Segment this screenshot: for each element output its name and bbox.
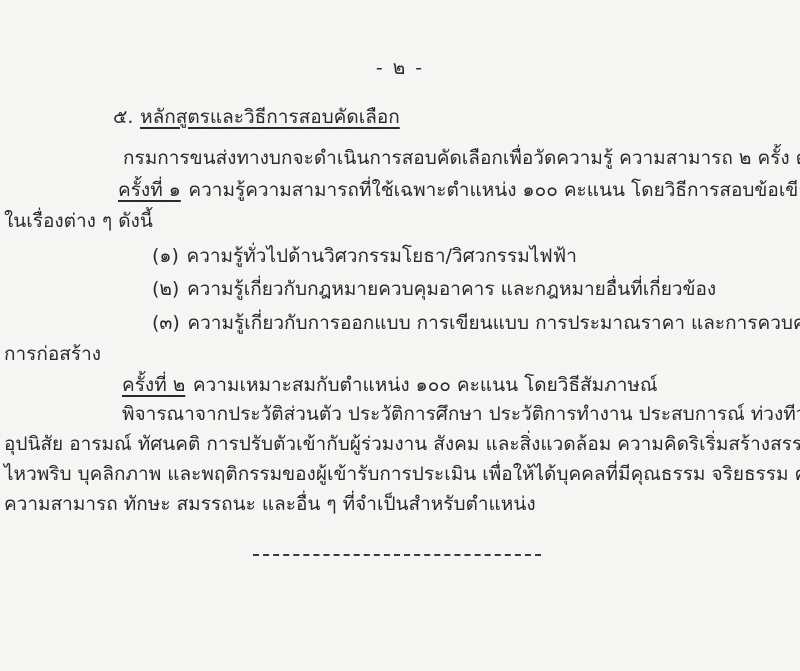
list-item: (๓)ความรู้เกี่ยวกับการออกแบบ การเขียนแบบ… <box>152 310 800 336</box>
interview-paragraph-line: ไหวพริบ บุคลิกภาพ และพฤติกรรมของผู้เข้าร… <box>4 461 800 487</box>
round1-continuation-line: ในเรื่องต่าง ๆ ดังนี้ <box>4 208 153 234</box>
round2-text: ความเหมาะสมกับตำแหน่ง ๑๐๐ คะแนน โดยวิธีส… <box>193 374 658 396</box>
intro-line: กรมการขนส่งทางบกจะดำเนินการสอบคัดเลือกเพ… <box>123 145 800 171</box>
round2-label: ครั้งที่ ๒ <box>122 374 185 396</box>
list-item-text: ความรู้ทั่วไปด้านวิศวกรรมโยธา/วิศวกรรมไฟ… <box>186 245 576 267</box>
list-item-bullet: (๒) <box>152 278 179 300</box>
page-number: - ๒ - <box>0 55 800 81</box>
section-title: หลักสูตรและวิธีการสอบคัดเลือก <box>140 106 400 128</box>
interview-paragraph-line: อุปนิสัย อารมณ์ ทัศนคติ การปรับตัวเข้ากั… <box>4 431 800 457</box>
interview-paragraph-line: พิจารณาจากประวัติส่วนตัว ประวัติการศึกษา… <box>122 401 800 427</box>
section-heading: ๕.หลักสูตรและวิธีการสอบคัดเลือก <box>113 104 400 130</box>
interview-paragraph-line: ความสามารถ ทักษะ สมรรถนะ และอื่น ๆ ที่จำ… <box>4 491 536 517</box>
section-number: ๕. <box>113 106 133 128</box>
list-item-bullet: (๓) <box>152 312 180 334</box>
scanned-document-page: - ๒ - ๕.หลักสูตรและวิธีการสอบคัดเลือก กร… <box>0 0 800 671</box>
round2-line: ครั้งที่ ๒ความเหมาะสมกับตำแหน่ง ๑๐๐ คะแน… <box>122 372 658 398</box>
round1-text: ความรู้ความสามารถที่ใช้เฉพาะตำแหน่ง ๑๐๐ … <box>188 179 800 201</box>
item3-continuation-line: การก่อสร้าง <box>4 341 101 367</box>
list-item-text: ความรู้เกี่ยวกับการออกแบบ การเขียนแบบ กา… <box>187 312 800 334</box>
list-item-bullet: (๑) <box>152 245 179 267</box>
round1-label: ครั้งที่ ๑ <box>118 179 181 201</box>
list-item: (๒)ความรู้เกี่ยวกับกฎหมายควบคุมอาคาร และ… <box>152 276 716 302</box>
list-item: (๑)ความรู้ทั่วไปด้านวิศวกรรมโยธา/วิศวกรร… <box>152 243 577 269</box>
round1-line: ครั้งที่ ๑ความรู้ความสามารถที่ใช้เฉพาะตำ… <box>118 177 800 203</box>
dashed-separator <box>253 554 541 556</box>
list-item-text: ความรู้เกี่ยวกับกฎหมายควบคุมอาคาร และกฎห… <box>187 278 716 300</box>
